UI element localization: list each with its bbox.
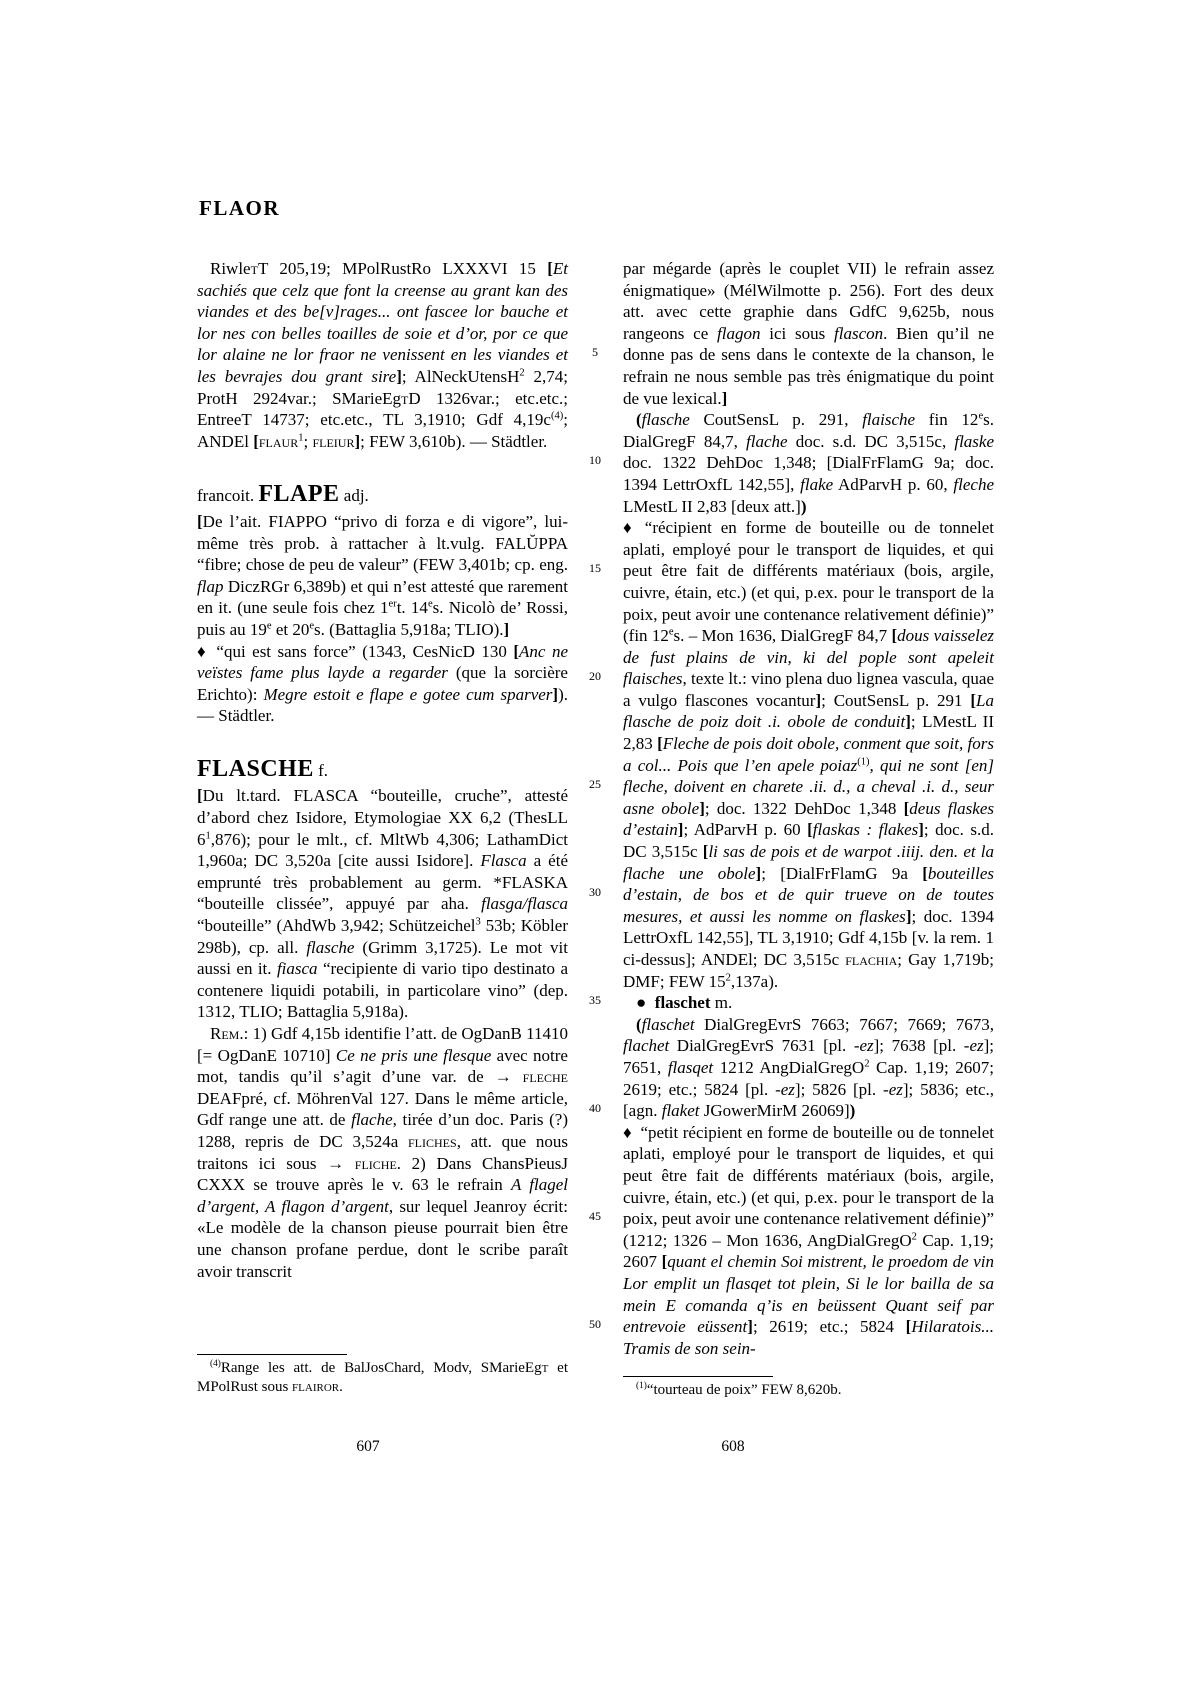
dictionary-page: FLAOR RiwleTT 205,19; MPolRustRo LXXXVI …: [0, 0, 1191, 1684]
paragraph: (4)Range les att. de BalJosChard, Modv, …: [197, 1359, 568, 1397]
footnote-right-text: (1)“tourteau de poix” FEW 8,620b.: [623, 1381, 994, 1400]
line-number: 30: [578, 886, 612, 898]
paragraph: ● flaschet m.: [623, 992, 994, 1014]
footnote-rule: [623, 1376, 773, 1377]
paragraph: RiwleTT 205,19; MPolRustRo LXXXVI 15 [Et…: [197, 258, 568, 452]
headword-line: francoit. FLAPE adj.: [197, 484, 568, 507]
line-number: 40: [578, 1102, 612, 1114]
paragraph: par mégarde (après le couplet VII) le re…: [623, 258, 994, 409]
line-number: 15: [578, 562, 612, 574]
right-column: par mégarde (après le couplet VII) le re…: [623, 258, 994, 1359]
headword-line: FLASCHE f.: [197, 759, 568, 782]
paragraph: [Du lt.tard. FLASCA “bouteille, cruche”,…: [197, 785, 568, 1023]
paragraph: REM.: 1) Gdf 4,15b identifie l’att. de O…: [197, 1023, 568, 1282]
paragraph: (flaschet DialGregEvrS 7663; 7667; 7669;…: [623, 1014, 994, 1122]
line-number: 5: [578, 346, 612, 358]
paragraph: ♦ “récipient en forme de bouteille ou de…: [623, 517, 994, 992]
left-column: RiwleTT 205,19; MPolRustRo LXXXVI 15 [Et…: [197, 258, 568, 1282]
footnote-right: (1)“tourteau de poix” FEW 8,620b.: [623, 1376, 994, 1400]
running-head-entry: FLAOR: [199, 196, 280, 221]
paragraph: (1)“tourteau de poix” FEW 8,620b.: [623, 1381, 994, 1400]
paragraph: (flasche CoutSensL p. 291, flaische fin …: [623, 409, 994, 517]
line-number: 10: [578, 454, 612, 466]
line-number-gutter: 5101520253035404550: [578, 0, 612, 1400]
paragraph: ♦ “qui est sans force” (1343, CesNicD 13…: [197, 641, 568, 727]
paragraph: ♦ “petit récipient en forme de bouteille…: [623, 1122, 994, 1360]
footnote-left-text: (4)Range les att. de BalJosChard, Modv, …: [197, 1359, 568, 1397]
footnote-left: (4)Range les att. de BalJosChard, Modv, …: [197, 1354, 568, 1397]
line-number: 45: [578, 1210, 612, 1222]
line-number: 25: [578, 778, 612, 790]
line-number: 20: [578, 670, 612, 682]
page-number-left: 607: [338, 1438, 398, 1456]
line-number: 50: [578, 1318, 612, 1330]
page-number-right: 608: [703, 1438, 763, 1456]
footnote-rule: [197, 1354, 347, 1355]
line-number: 35: [578, 994, 612, 1006]
paragraph: [De l’ait. FIAPPO “privo di forza e di v…: [197, 511, 568, 641]
